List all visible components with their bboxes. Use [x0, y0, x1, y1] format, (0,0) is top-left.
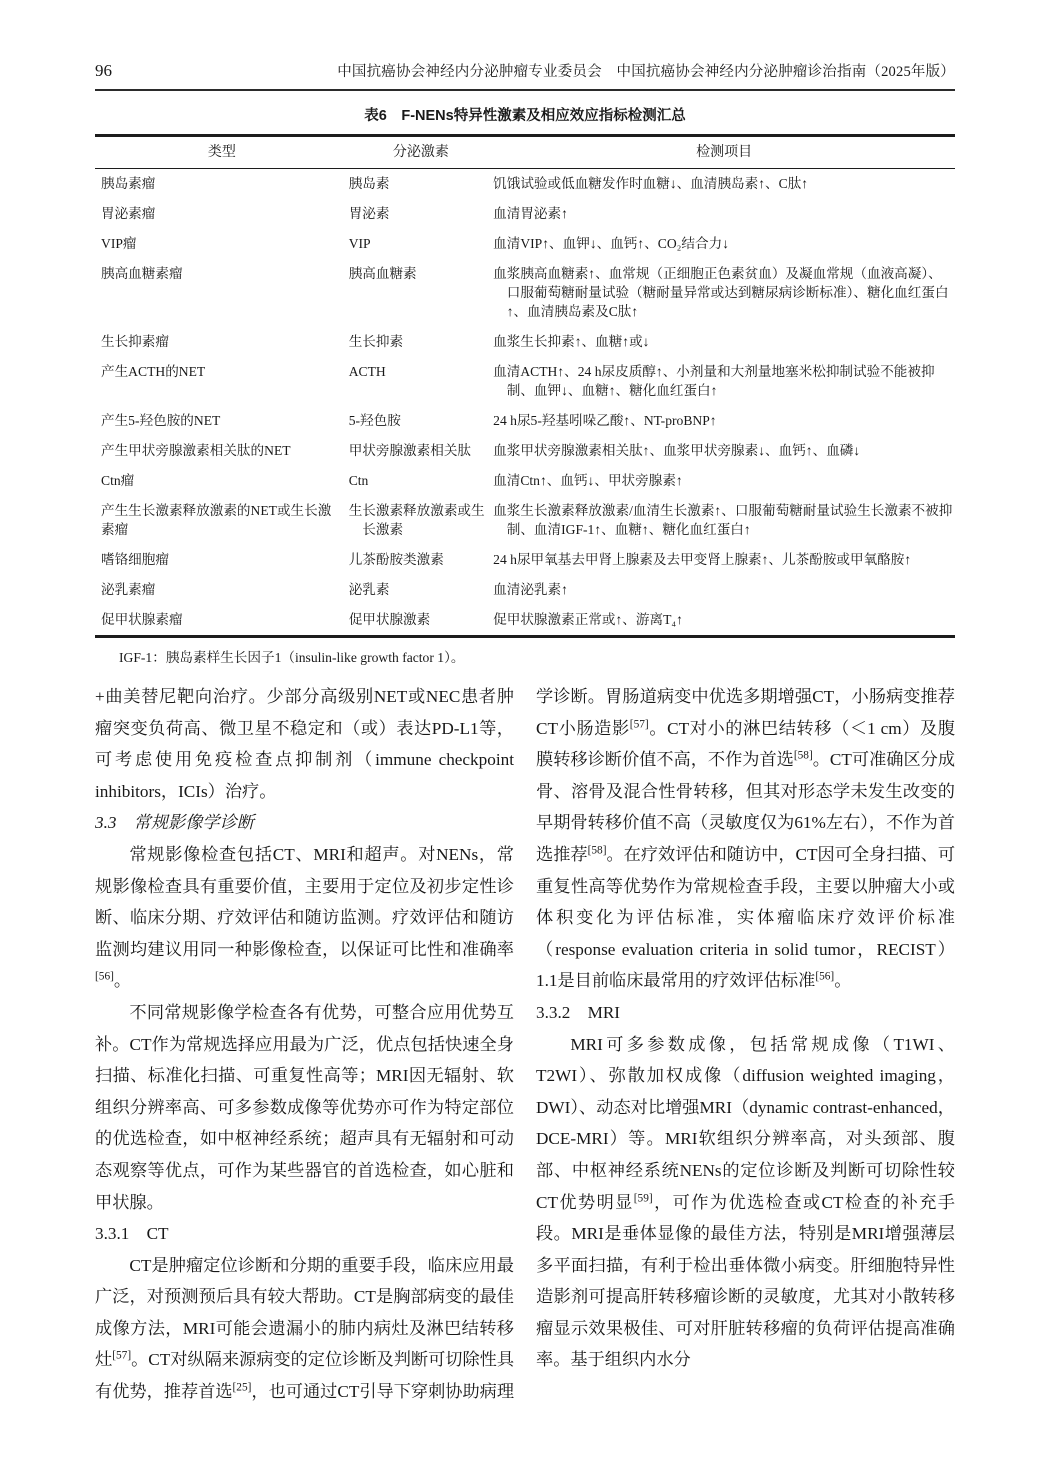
table-cell: 饥饿试验或低血糖发作时血糖↓、血清胰岛素↑、C肽↑ — [493, 169, 955, 200]
table-cell: 血清Ctn↑、血钙↓、甲状旁腺素↑ — [493, 466, 955, 496]
table-cell: ACTH — [349, 357, 493, 406]
paragraph: CT是肿瘤定位诊断和分期的重要手段，临床应用最广泛，对预测预后具有较大帮助。CT… — [95, 1250, 514, 1408]
table-row: 产生生长激素释放激素的NET或生长激素瘤生长激素释放激素或生长激素血浆生长激素释… — [95, 496, 955, 545]
table-cell: 5-羟色胺 — [349, 406, 493, 436]
table-cell: Ctn瘤 — [95, 466, 349, 496]
section-heading: 3.3.2 MRI — [536, 997, 955, 1029]
body-text: +曲美替尼靶向治疗。少部分高级别NET或NEC患者肿瘤突变负荷高、微卫星不稳定和… — [95, 681, 955, 1408]
table-cell: 促甲状腺素瘤 — [95, 605, 349, 637]
body-col-left: +曲美替尼靶向治疗。少部分高级别NET或NEC患者肿瘤突变负荷高、微卫星不稳定和… — [95, 681, 514, 1408]
table-cell: 血浆甲状旁腺激素相关肽↑、血浆甲状旁腺素↓、血钙↑、血磷↓ — [493, 436, 955, 466]
table-cell: 胃泌素瘤 — [95, 199, 349, 229]
table-row: Ctn瘤Ctn血清Ctn↑、血钙↓、甲状旁腺素↑ — [95, 466, 955, 496]
section-heading: 3.3.1 CT — [95, 1218, 514, 1250]
table-cell: 胰高血糖素瘤 — [95, 259, 349, 327]
running-head: 96 中国抗癌协会神经内分泌肿瘤专业委员会 中国抗癌协会神经内分泌肿瘤诊治指南（… — [95, 60, 955, 91]
paragraph: 学诊断。胃肠道病变中优选多期增强CT，小肠病变推荐CT小肠造影[57]。CT对小… — [536, 681, 955, 997]
table-footnote: IGF-1：胰岛素样生长因子1（insulin-like growth fact… — [95, 646, 955, 666]
table-cell: 产生ACTH的NET — [95, 357, 349, 406]
table-row: 胰岛素瘤胰岛素饥饿试验或低血糖发作时血糖↓、血清胰岛素↑、C肽↑ — [95, 169, 955, 200]
table-cell: 胰高血糖素 — [349, 259, 493, 327]
table-row: 产生ACTH的NETACTH血清ACTH↑、24 h尿皮质醇↑、小剂量和大剂量地… — [95, 357, 955, 406]
table-cell: 胰岛素 — [349, 169, 493, 200]
section-heading: 3.3 常规影像学诊断 — [95, 807, 514, 839]
table-row: 生长抑素瘤生长抑素血浆生长抑素↑、血糖↑或↓ — [95, 327, 955, 357]
table-cell: 血浆胰高血糖素↑、血常规（正细胞正色素贫血）及凝血常规（血液高凝）、口服葡萄糖耐… — [493, 259, 955, 327]
hormone-detection-table: 类型 分泌激素 检测项目 胰岛素瘤胰岛素饥饿试验或低血糖发作时血糖↓、血清胰岛素… — [95, 134, 955, 638]
table-cell: 血清泌乳素↑ — [493, 575, 955, 605]
table-row: 胃泌素瘤胃泌素血清胃泌素↑ — [95, 199, 955, 229]
table-cell: 产生5-羟色胺的NET — [95, 406, 349, 436]
table-cell: 血浆生长激素释放激素/血清生长激素↑、口服葡萄糖耐量试验生长激素不被抑制、血清I… — [493, 496, 955, 545]
column-header-hormone: 分泌激素 — [349, 136, 493, 169]
paragraph: 不同常规影像学检查各有优势，可整合应用优势互补。CT作为常规选择应用最为广泛，优… — [95, 997, 514, 1218]
table-row: 促甲状腺素瘤促甲状腺激素促甲状腺激素正常或↑、游离T₄↑ — [95, 605, 955, 637]
table-cell: 促甲状腺激素 — [349, 605, 493, 637]
table-row: 泌乳素瘤泌乳素血清泌乳素↑ — [95, 575, 955, 605]
table-cell: 血清胃泌素↑ — [493, 199, 955, 229]
running-head-title: 中国抗癌协会神经内分泌肿瘤专业委员会 中国抗癌协会神经内分泌肿瘤诊治指南（202… — [337, 60, 955, 81]
table-row: 产生甲状旁腺激素相关肽的NET甲状旁腺激素相关肽血浆甲状旁腺激素相关肽↑、血浆甲… — [95, 436, 955, 466]
table-header: 类型 分泌激素 检测项目 — [95, 136, 955, 169]
table-cell: 儿茶酚胺类激素 — [349, 545, 493, 575]
table-cell: VIP — [349, 229, 493, 259]
table-body: 胰岛素瘤胰岛素饥饿试验或低血糖发作时血糖↓、血清胰岛素↑、C肽↑胃泌素瘤胃泌素血… — [95, 169, 955, 637]
table-row: 胰高血糖素瘤胰高血糖素血浆胰高血糖素↑、血常规（正细胞正色素贫血）及凝血常规（血… — [95, 259, 955, 327]
table-title: 表6 F-NENs特异性激素及相应效应指标检测汇总 — [95, 104, 955, 125]
table-cell: 促甲状腺激素正常或↑、游离T₄↑ — [493, 605, 955, 637]
table-cell: 泌乳素 — [349, 575, 493, 605]
table-cell: VIP瘤 — [95, 229, 349, 259]
table-cell: 生长激素释放激素或生长激素 — [349, 496, 493, 545]
column-header-type: 类型 — [95, 136, 349, 169]
table-cell: 产生生长激素释放激素的NET或生长激素瘤 — [95, 496, 349, 545]
table-header-row: 类型 分泌激素 检测项目 — [95, 136, 955, 169]
table-cell: 胃泌素 — [349, 199, 493, 229]
page-number: 96 — [95, 61, 112, 81]
table-cell: 血清ACTH↑、24 h尿皮质醇↑、小剂量和大剂量地塞米松抑制试验不能被抑制、血… — [493, 357, 955, 406]
table-cell: 产生甲状旁腺激素相关肽的NET — [95, 436, 349, 466]
table-cell: 血清VIP↑、血钾↓、血钙↑、CO₂结合力↓ — [493, 229, 955, 259]
table-cell: 24 h尿5-羟基吲哚乙酸↑、NT-proBNP↑ — [493, 406, 955, 436]
table-cell: 血浆生长抑素↑、血糖↑或↓ — [493, 327, 955, 357]
column-header-test-items: 检测项目 — [493, 136, 955, 169]
table-cell: 泌乳素瘤 — [95, 575, 349, 605]
table-cell: 胰岛素瘤 — [95, 169, 349, 200]
paragraph: +曲美替尼靶向治疗。少部分高级别NET或NEC患者肿瘤突变负荷高、微卫星不稳定和… — [95, 681, 514, 807]
table-cell: 生长抑素瘤 — [95, 327, 349, 357]
table-cell: 嗜铬细胞瘤 — [95, 545, 349, 575]
table-row: 产生5-羟色胺的NET5-羟色胺24 h尿5-羟基吲哚乙酸↑、NT-proBNP… — [95, 406, 955, 436]
table-cell: 24 h尿甲氧基去甲肾上腺素及去甲变肾上腺素↑、儿茶酚胺或甲氧酪胺↑ — [493, 545, 955, 575]
body-col-right: 学诊断。胃肠道病变中优选多期增强CT，小肠病变推荐CT小肠造影[57]。CT对小… — [536, 681, 955, 1408]
table-cell: 生长抑素 — [349, 327, 493, 357]
paragraph: MRI可多参数成像，包括常规成像（T1WI、T2WI）、弥散加权成像（diffu… — [536, 1029, 955, 1377]
table-row: 嗜铬细胞瘤儿茶酚胺类激素24 h尿甲氧基去甲肾上腺素及去甲变肾上腺素↑、儿茶酚胺… — [95, 545, 955, 575]
table-cell: Ctn — [349, 466, 493, 496]
document-page: 96 中国抗癌协会神经内分泌肿瘤专业委员会 中国抗癌协会神经内分泌肿瘤诊治指南（… — [0, 0, 1050, 1408]
table-row: VIP瘤VIP血清VIP↑、血钾↓、血钙↑、CO₂结合力↓ — [95, 229, 955, 259]
table-cell: 甲状旁腺激素相关肽 — [349, 436, 493, 466]
paragraph: 常规影像检查包括CT、MRI和超声。对NENs，常规影像检查具有重要价值，主要用… — [95, 839, 514, 997]
